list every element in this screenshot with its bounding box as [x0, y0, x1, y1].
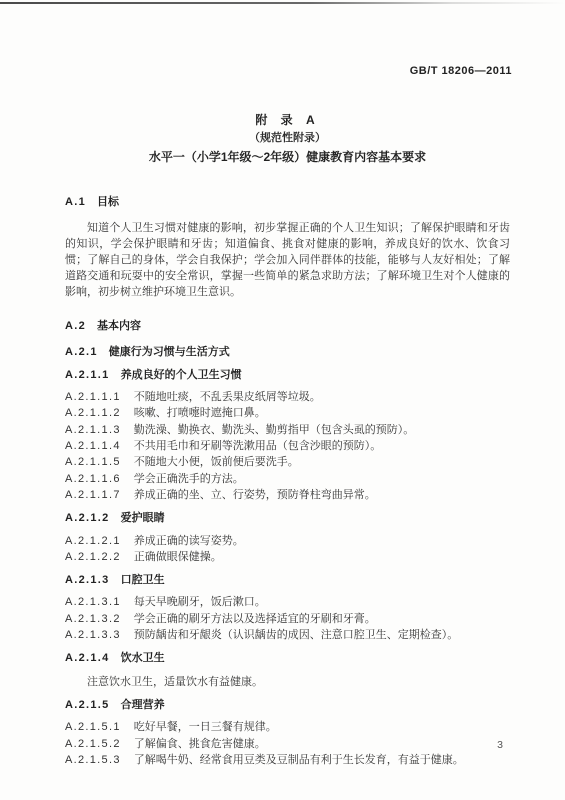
- section-heading-a2-1-2: A.2.1.2爱护眼睛: [65, 510, 510, 526]
- list-item: A.2.1.1.7养成正确的坐、立、行姿势，预防脊柱弯曲异常。: [65, 487, 510, 503]
- item-number: A.2.1.1.6: [65, 473, 121, 485]
- item-text: 勤洗澡、勤换衣、勤洗头、勤剪指甲（包含头虱的预防）。: [134, 424, 415, 436]
- section-title: 基本内容: [97, 320, 141, 332]
- item-number: A.2.1.5.1: [65, 721, 121, 733]
- section-heading-a2-1-3: A.2.1.3口腔卫生: [65, 572, 510, 588]
- item-number: A.2.1.3.1: [65, 596, 121, 608]
- section-number: A.2.1: [65, 346, 98, 358]
- item-text: 预防龋齿和牙龈炎（认识龋齿的成因、注意口腔卫生、定期检查）。: [134, 629, 459, 641]
- section-number: A.2: [65, 320, 86, 332]
- item-number: A.2.1.5.2: [65, 738, 121, 750]
- section-heading-a2-1-5: A.2.1.5合理营养: [65, 697, 510, 713]
- item-text: 学会正确的刷牙方法以及选择适宜的牙刷和牙膏。: [134, 613, 376, 625]
- section-heading-a2-1-1: A.2.1.1养成良好的个人卫生习惯: [65, 367, 510, 383]
- list-item: A.2.1.1.6学会正确洗手的方法。: [65, 471, 510, 487]
- item-text: 咳嗽、打喷嚏时遮掩口鼻。: [134, 407, 266, 419]
- list-item: A.2.1.3.1每天早晚刷牙，饭后漱口。: [65, 594, 510, 610]
- list-item: A.2.1.3.3预防龋齿和牙龈炎（认识龋齿的成因、注意口腔卫生、定期检查）。: [65, 627, 510, 643]
- list-item: A.2.1.1.2咳嗽、打喷嚏时遮掩口鼻。: [65, 405, 510, 421]
- section-number: A.2.1.5: [65, 699, 110, 711]
- list-item: A.2.1.3.2学会正确的刷牙方法以及选择适宜的牙刷和牙膏。: [65, 611, 510, 627]
- appendix-title-block: 附 录 A （规范性附录） 水平一（小学1年级～2年级）健康教育内容基本要求: [65, 0, 510, 165]
- list-item: A.2.1.1.1不随地吐痰，不乱丢果皮纸屑等垃圾。: [65, 389, 510, 405]
- list-item: A.2.1.2.2正确做眼保健操。: [65, 549, 510, 565]
- section-title: 爱护眼睛: [121, 512, 165, 524]
- paragraph-a2-1-4: 注意饮水卫生，适量饮水有益健康。: [65, 674, 510, 690]
- section-heading-a2-1: A.2.1健康行为习惯与生活方式: [65, 344, 510, 360]
- paragraph-a1: 知道个人卫生习惯对健康的影响，初步掌握正确的个人卫生知识；了解保护眼睛和牙齿的知…: [65, 220, 510, 300]
- section-heading-a1: A.1目标: [65, 194, 510, 210]
- item-text: 学会正确洗手的方法。: [134, 473, 244, 485]
- item-number: A.2.1.5.3: [65, 754, 121, 766]
- document-page: GB/T 18206—2011 附 录 A （规范性附录） 水平一（小学1年级～…: [0, 0, 565, 800]
- section-heading-a2: A.2基本内容: [65, 318, 510, 334]
- appendix-type: （规范性附录）: [65, 130, 510, 146]
- section-number: A.1: [65, 196, 86, 208]
- section-number: A.2.1.2: [65, 512, 110, 524]
- item-text: 不共用毛巾和牙刷等洗漱用品（包含沙眼的预防）。: [134, 440, 382, 452]
- section-title: 目标: [97, 196, 119, 208]
- item-number: A.2.1.3.3: [65, 629, 121, 641]
- section-number: A.2.1.1: [65, 369, 110, 381]
- item-number: A.2.1.3.2: [65, 613, 121, 625]
- list-item: A.2.1.5.2了解偏食、挑食危害健康。: [65, 736, 510, 752]
- list-item: A.2.1.1.5不随地大小便，饭前便后要洗手。: [65, 454, 510, 470]
- item-number: A.2.1.1.3: [65, 424, 121, 436]
- list-item: A.2.1.1.4不共用毛巾和牙刷等洗漱用品（包含沙眼的预防）。: [65, 438, 510, 454]
- section-number: A.2.1.4: [65, 652, 110, 664]
- section-title: 健康行为习惯与生活方式: [109, 346, 230, 358]
- section-heading-a2-1-4: A.2.1.4饮水卫生: [65, 650, 510, 666]
- item-number: A.2.1.2.2: [65, 551, 121, 563]
- page-number: 3: [497, 739, 503, 751]
- item-text: 不随地大小便，饭前便后要洗手。: [134, 456, 299, 468]
- item-text: 了解喝牛奶、经常食用豆类及豆制品有利于生长发育，有益于健康。: [134, 754, 464, 766]
- list-item: A.2.1.1.3勤洗澡、勤换衣、勤洗头、勤剪指甲（包含头虱的预防）。: [65, 422, 510, 438]
- document-body: 附 录 A （规范性附录） 水平一（小学1年级～2年级）健康教育内容基本要求 A…: [0, 0, 565, 768]
- section-title: 合理营养: [121, 699, 165, 711]
- item-text: 吃好早餐，一日三餐有规律。: [134, 721, 277, 733]
- appendix-heading: 水平一（小学1年级～2年级）健康教育内容基本要求: [65, 149, 510, 165]
- item-text: 每天早晚刷牙，饭后漱口。: [134, 596, 266, 608]
- item-number: A.2.1.1.7: [65, 489, 121, 501]
- item-number: A.2.1.1.4: [65, 440, 121, 452]
- section-number: A.2.1.3: [65, 574, 110, 586]
- list-item: A.2.1.5.3了解喝牛奶、经常食用豆类及豆制品有利于生长发育，有益于健康。: [65, 752, 510, 768]
- section-title: 饮水卫生: [121, 652, 165, 664]
- list-item: A.2.1.2.1养成正确的读写姿势。: [65, 533, 510, 549]
- appendix-label: 附 录 A: [65, 112, 510, 128]
- item-number: A.2.1.1.2: [65, 407, 121, 419]
- item-number: A.2.1.1.5: [65, 456, 121, 468]
- item-text: 养成正确的读写姿势。: [134, 535, 244, 547]
- item-text: 养成正确的坐、立、行姿势，预防脊柱弯曲异常。: [134, 489, 376, 501]
- item-number: A.2.1.2.1: [65, 535, 121, 547]
- item-text: 了解偏食、挑食危害健康。: [134, 738, 266, 750]
- item-text: 不随地吐痰，不乱丢果皮纸屑等垃圾。: [134, 391, 321, 403]
- item-text: 正确做眼保健操。: [134, 551, 222, 563]
- section-title: 养成良好的个人卫生习惯: [121, 369, 242, 381]
- item-number: A.2.1.1.1: [65, 391, 121, 403]
- list-item: A.2.1.5.1吃好早餐，一日三餐有规律。: [65, 719, 510, 735]
- section-title: 口腔卫生: [121, 574, 165, 586]
